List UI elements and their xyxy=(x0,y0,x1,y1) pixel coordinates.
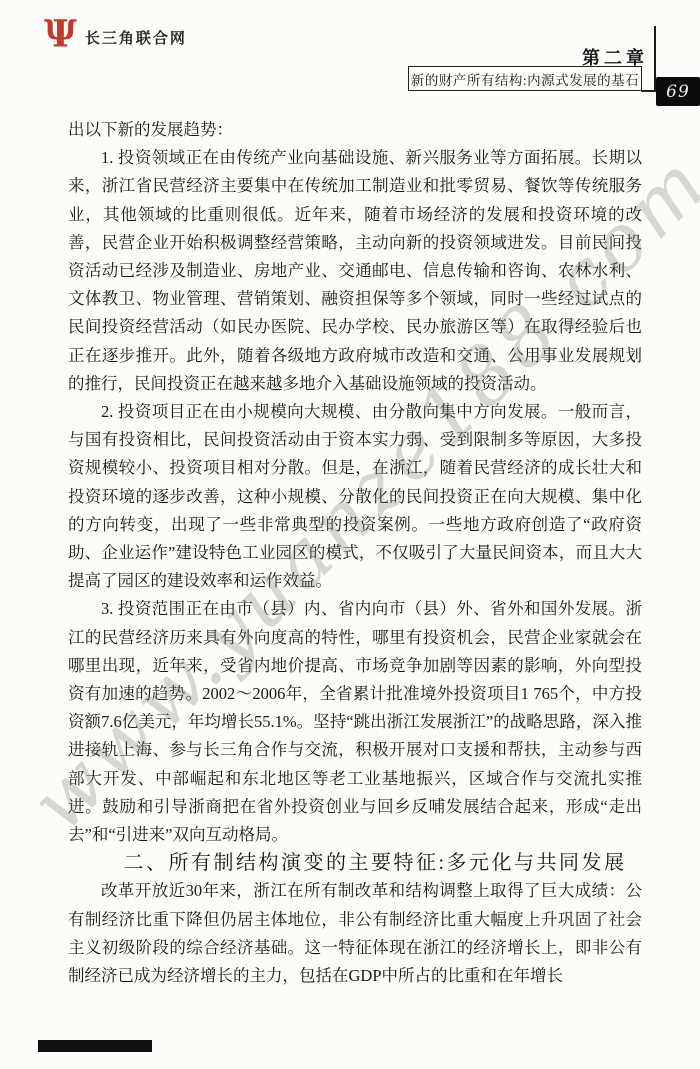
section-heading: 二、所有制结构演变的主要特征:多元化与共同发展 xyxy=(68,849,642,877)
scan-artifact-bar xyxy=(38,1040,152,1052)
page-number-badge: 69 xyxy=(656,77,700,106)
body-text: 出以下新的发展趋势： 1. 投资领域正在由传统产业向基础设施、新兴服务业等方面拓… xyxy=(68,116,642,990)
chapter-subtitle: 新的财产所有结构:内源式发展的基石 xyxy=(411,69,639,89)
scanned-book-page: Ψ 长三角联合网 第二章 新的财产所有结构:内源式发展的基石 69 www.yu… xyxy=(0,0,700,1069)
intro-line: 出以下新的发展趋势： xyxy=(68,116,642,144)
paragraph-investment-scope: 3. 投资范围正在由市（县）内、省内向市（县）外、省外和国外发展。浙江的民营经济… xyxy=(68,595,642,849)
closing-paragraph: 改革开放近30年来，浙江在所有制改革和结构调整上取得了巨大成绩：公有制经济比重下… xyxy=(68,877,642,990)
paragraph-investment-fields: 1. 投资领域正在由传统产业向基础设施、新兴服务业等方面拓展。长期以来，浙江省民… xyxy=(68,144,642,398)
paragraph-investment-projects: 2. 投资项目正在由小规模向大规模、由分散向集中方向发展。一般而言，与国有投资相… xyxy=(68,398,642,595)
chapter-subtitle-box: 新的财产所有结构:内源式发展的基石 xyxy=(408,66,642,91)
